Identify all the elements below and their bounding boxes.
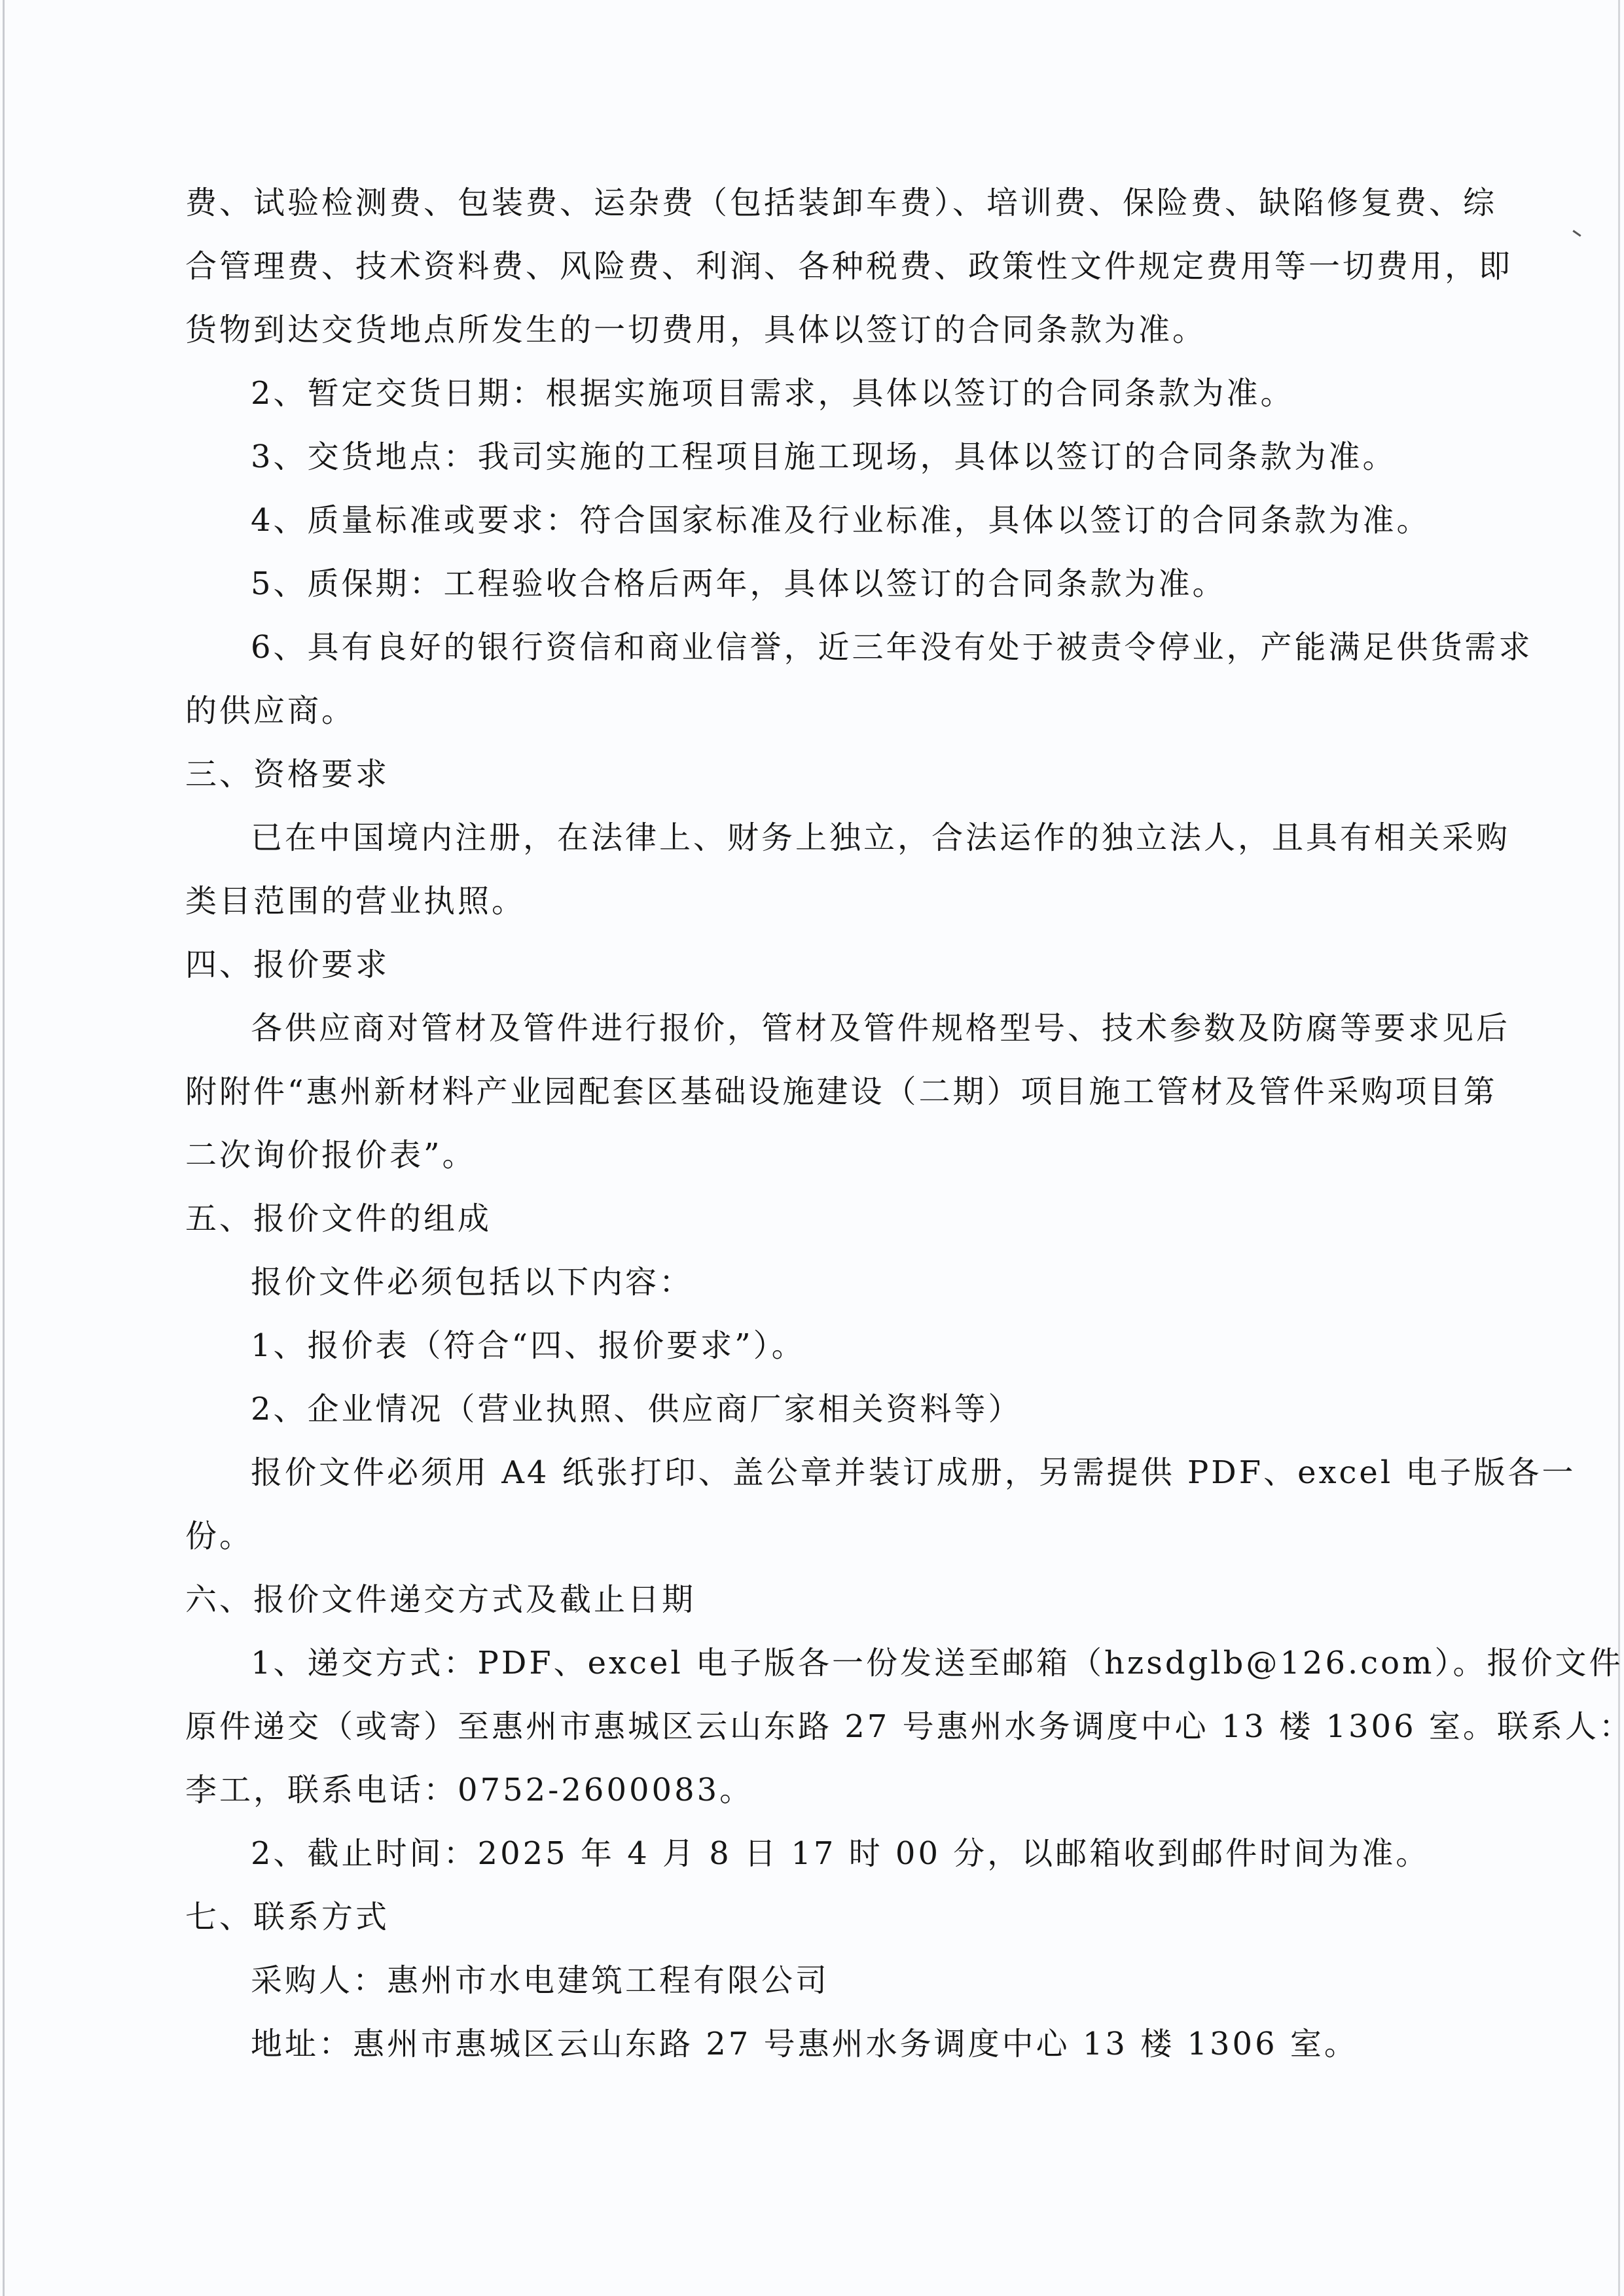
item-warranty-period: 5、质保期：工程验收合格后两年，具体以签订的合同条款为准。 bbox=[185, 552, 1455, 616]
section-heading-quote-composition: 五、报价文件的组成 bbox=[185, 1187, 1455, 1251]
quote-composition-item-1: 1、报价表（符合“四、报价要求”）。 bbox=[185, 1314, 1455, 1378]
qualification-text: 已在中国境内注册，在法律上、财务上独立，合法运作的独立法人，且具有相关采购 bbox=[185, 806, 1455, 870]
item-credit-requirement-cont: 的供应商。 bbox=[185, 679, 1455, 743]
paragraph-line: 合管理费、技术资料费、风险费、利润、各种税费、政策性文件规定费用等一切费用，即 bbox=[185, 235, 1455, 298]
scan-artifact-mark bbox=[1572, 230, 1581, 236]
submission-method-cont: 原件递交（或寄）至惠州市惠城区云山东路 27 号惠州水务调度中心 13 楼 13… bbox=[185, 1695, 1455, 1759]
submission-deadline: 2、截止时间：2025 年 4 月 8 日 17 时 00 分，以邮箱收到邮件时… bbox=[185, 1822, 1455, 1886]
scan-page-edge-right bbox=[1618, 0, 1620, 2296]
submission-method: 1、递交方式：PDF、excel 电子版各一份发送至邮箱（hzsdglb@126… bbox=[185, 1632, 1455, 1695]
item-delivery-location: 3、交货地点：我司实施的工程项目施工现场，具体以签订的合同条款为准。 bbox=[185, 425, 1455, 489]
quote-composition-intro: 报价文件必须包括以下内容： bbox=[185, 1251, 1455, 1314]
section-heading-contact: 七、联系方式 bbox=[185, 1886, 1455, 1949]
item-credit-requirement: 6、具有良好的银行资信和商业信誉，近三年没有处于被责令停业，产能满足供货需求 bbox=[185, 616, 1455, 679]
contact-purchaser: 采购人：惠州市水电建筑工程有限公司 bbox=[185, 1949, 1455, 2013]
section-heading-quote-requirements: 四、报价要求 bbox=[185, 933, 1455, 997]
quote-composition-note: 报价文件必须用 A4 纸张打印、盖公章并装订成册，另需提供 PDF、excel … bbox=[185, 1441, 1455, 1505]
document-body: 费、试验检测费、包装费、运杂费（包括装卸车费）、培训费、保险费、缺陷修复费、综 … bbox=[185, 171, 1455, 2076]
item-delivery-date: 2、暂定交货日期：根据实施项目需求，具体以签订的合同条款为准。 bbox=[185, 362, 1455, 425]
section-heading-submission: 六、报价文件递交方式及截止日期 bbox=[185, 1568, 1455, 1632]
paragraph-line: 货物到达交货地点所发生的一切费用，具体以签订的合同条款为准。 bbox=[185, 298, 1455, 362]
contact-address: 地址：惠州市惠城区云山东路 27 号惠州水务调度中心 13 楼 1306 室。 bbox=[185, 2013, 1455, 2076]
quote-composition-item-2: 2、企业情况（营业执照、供应商厂家相关资料等） bbox=[185, 1378, 1455, 1441]
paragraph-line: 费、试验检测费、包装费、运杂费（包括装卸车费）、培训费、保险费、缺陷修复费、综 bbox=[185, 171, 1455, 235]
submission-method-cont: 李工，联系电话：0752-2600083。 bbox=[185, 1759, 1455, 1822]
quote-requirements-text: 各供应商对管材及管件进行报价，管材及管件规格型号、技术参数及防腐等要求见后 bbox=[185, 997, 1455, 1060]
quote-requirements-text-cont: 二次询价报价表”。 bbox=[185, 1124, 1455, 1187]
quote-requirements-text-cont: 附附件“惠州新材料产业园配套区基础设施建设（二期）项目施工管材及管件采购项目第 bbox=[185, 1060, 1455, 1124]
quote-composition-note-cont: 份。 bbox=[185, 1505, 1455, 1568]
item-quality-standard: 4、质量标准或要求：符合国家标准及行业标准，具体以签订的合同条款为准。 bbox=[185, 489, 1455, 552]
section-heading-qualification: 三、资格要求 bbox=[185, 743, 1455, 806]
qualification-text-cont: 类目范围的营业执照。 bbox=[185, 870, 1455, 933]
scan-page-edge-left bbox=[3, 0, 5, 2296]
